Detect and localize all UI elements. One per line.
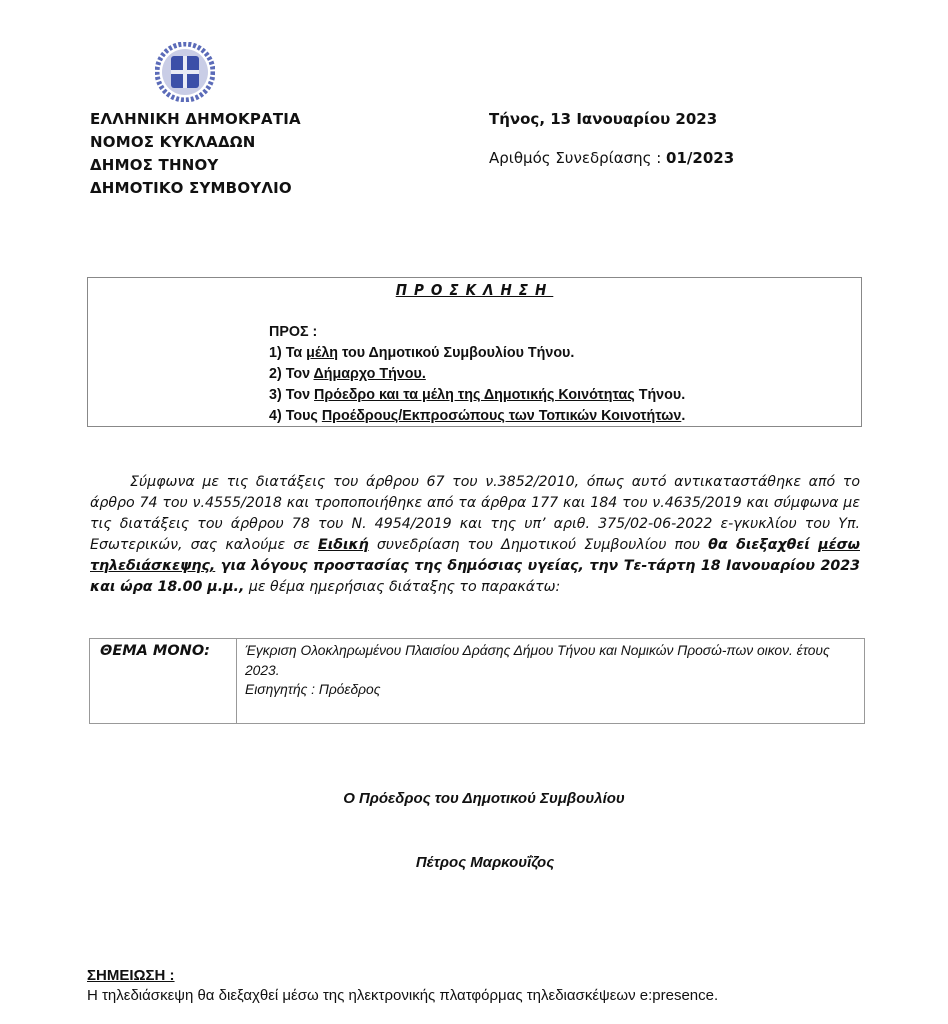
special-session-label: Ειδική <box>318 537 369 553</box>
recipient-item: 4) Τους Προέδρους/Εκπροσώπους των Τοπικώ… <box>269 406 685 427</box>
signatory-title: Ο Πρόεδρος του Δημοτικού Συμβουλίου <box>0 790 948 807</box>
invitation-title: ΠΡΟΣΚΛΗΣΗ <box>88 281 861 299</box>
to-label: ΠΡΟΣ : <box>269 322 685 343</box>
invitation-body: Σύμφωνα με τις διατάξεις του άρθρου 67 τ… <box>90 472 860 598</box>
recipient-item: 2) Τον Δήμαρχο Τήνου. <box>269 364 685 385</box>
place-date: Τήνος, 13 Ιανουαρίου 2023 <box>489 108 734 131</box>
recipient-item: 3) Τον Πρόεδρο και τα μέλη της Δημοτικής… <box>269 385 685 406</box>
note-label: ΣΗΜΕΙΩΣΗ : <box>87 967 175 984</box>
recipients-list: ΠΡΟΣ : 1) Τα μέλη του Δημοτικού Συμβουλί… <box>269 322 685 427</box>
agenda-table: ΘΕΜΑ ΜΟΝΟ: Έγκριση Ολοκληρωμένου Πλαισίο… <box>89 638 865 724</box>
agenda-rapporteur: Εισηγητής : Πρόεδρος <box>245 680 856 700</box>
signatory-name: Πέτρος Μαρκουΐζος <box>0 854 948 871</box>
session-label: Αριθμός Συνεδρίασης : <box>489 149 666 167</box>
authority-line: ΝΟΜΟΣ ΚΥΚΛΑΔΩΝ <box>90 131 301 154</box>
invitation-box: ΠΡΟΣΚΛΗΣΗ ΠΡΟΣ : 1) Τα μέλη του Δημοτικο… <box>87 277 862 427</box>
authority-line: ΔΗΜΟΤΙΚΟ ΣΥΜΒΟΥΛΙΟ <box>90 177 301 200</box>
session-number-line: Αριθμός Συνεδρίασης : 01/2023 <box>489 147 734 170</box>
authority-line: ΕΛΛΗΝΙΚΗ ΔΗΜΟΚΡΑΤΙΑ <box>90 108 301 131</box>
greek-coat-of-arms-icon <box>155 42 215 102</box>
issuing-authority: ΕΛΛΗΝΙΚΗ ΔΗΜΟΚΡΑΤΙΑ ΝΟΜΟΣ ΚΥΚΛΑΔΩΝ ΔΗΜΟΣ… <box>90 108 301 200</box>
session-number: 01/2023 <box>666 149 734 167</box>
recipient-item: 1) Τα μέλη του Δημοτικού Συμβουλίου Τήνο… <box>269 343 685 364</box>
agenda-item-text: Έγκριση Ολοκληρωμένου Πλαισίου Δράσης Δή… <box>245 641 856 680</box>
document-meta: Τήνος, 13 Ιανουαρίου 2023 Αριθμός Συνεδρ… <box>489 108 734 170</box>
agenda-label: ΘΕΜΑ ΜΟΝΟ: <box>90 639 237 723</box>
authority-line: ΔΗΜΟΣ ΤΗΝΟΥ <box>90 154 301 177</box>
agenda-content: Έγκριση Ολοκληρωμένου Πλαισίου Δράσης Δή… <box>237 639 864 723</box>
note-text: Η τηλεδιάσκεψη θα διεξαχθεί μέσω της ηλε… <box>87 987 718 1004</box>
